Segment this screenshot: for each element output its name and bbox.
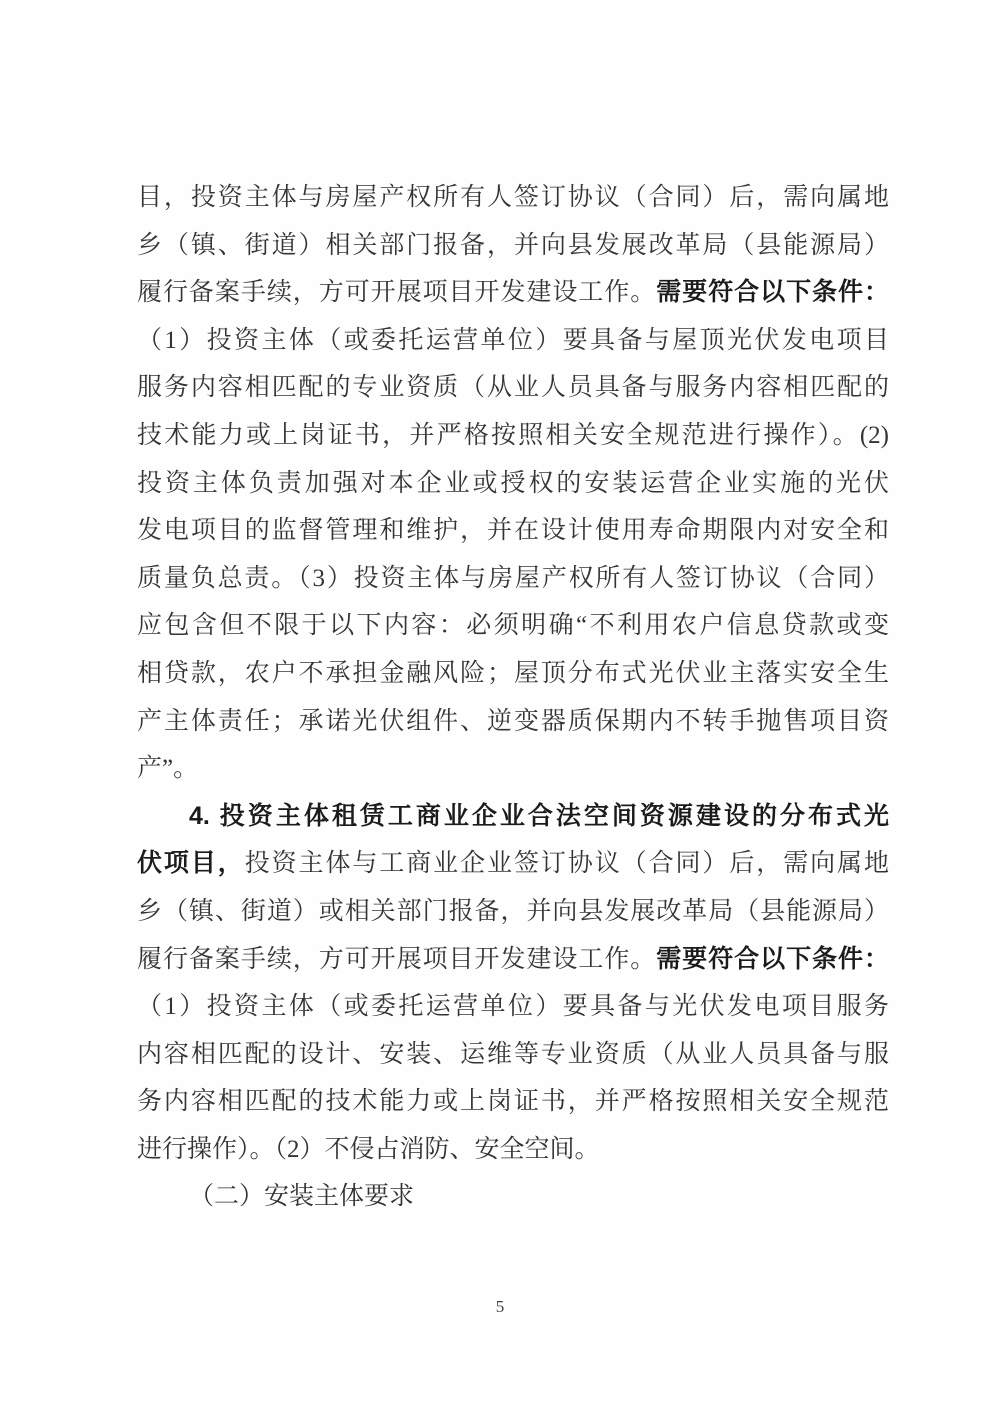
text-line: 发电项目的监督管理和维护，并在设计使用寿命期限内对安全和 [137, 507, 889, 555]
text-line: 履行备案手续，方可开展项目开发建设工作。需要符合以下条件： [137, 936, 889, 984]
body-text: 乡（镇、街道）或相关部门报备，并向县发展改革局（县能源局） [137, 898, 889, 925]
text-line: 投资主体负责加强对本企业或授权的安装运营企业实施的光伏 [137, 460, 889, 508]
body-text: 质量负总责。（3）投资主体与房屋产权所有人签订协议（合同） [137, 565, 889, 592]
body-text: 进行操作）。（2）不侵占消防、安全空间。 [137, 1136, 600, 1163]
text-line: （1）投资主体（或委托运营单位）要具备与光伏发电项目服务 [137, 983, 889, 1031]
page-number: 5 [0, 1296, 1000, 1318]
text-line: 乡（镇、街道）相关部门报备，并向县发展改革局（县能源局） [137, 222, 889, 270]
text-line: 技术能力或上岗证书，并严格按照相关安全规范进行操作）。(2) [137, 412, 889, 460]
body-text: 产”。 [137, 755, 198, 782]
text-line: 4. 投资主体租赁工商业企业合法空间资源建设的分布式光 [137, 793, 889, 841]
text-line: 相贷款，农户不承担金融风险；屋顶分布式光伏业主落实安全生 [137, 650, 889, 698]
emphasis-text: 伏项目， [137, 849, 245, 877]
emphasis-text: 4. 投资主体租赁工商业企业合法空间资源建设的分布式光 [189, 802, 889, 830]
body-text: 务内容相匹配的技术能力或上岗证书，并严格按照相关安全规范 [137, 1088, 889, 1115]
text-line: （二）安装主体要求 [137, 1173, 889, 1221]
text-line: 目，投资主体与房屋产权所有人签订协议（合同）后，需向属地 [137, 174, 889, 222]
text-line: 进行操作）。（2）不侵占消防、安全空间。 [137, 1126, 889, 1174]
text-line: （1）投资主体（或委托运营单位）要具备与屋顶光伏发电项目 [137, 317, 889, 365]
text-line: 产”。 [137, 745, 889, 793]
body-text: 目，投资主体与房屋产权所有人签订协议（合同）后，需向属地 [137, 184, 889, 211]
body-text: 履行备案手续，方可开展项目开发建设工作。 [137, 279, 656, 306]
paragraph: 4. 投资主体租赁工商业企业合法空间资源建设的分布式光伏项目，投资主体与工商业企… [137, 793, 889, 1174]
body-text: 内容相匹配的设计、安装、运维等专业资质（从业人员具备与服 [137, 1041, 889, 1068]
emphasis-text: 需要符合以下条件： [656, 278, 889, 306]
section-heading-text: （二）安装主体要求 [189, 1183, 414, 1210]
text-line: 乡（镇、街道）或相关部门报备，并向县发展改革局（县能源局） [137, 888, 889, 936]
text-line: 服务内容相匹配的专业资质（从业人员具备与服务内容相匹配的 [137, 364, 889, 412]
text-line: 伏项目，投资主体与工商业企业签订协议（合同）后，需向属地 [137, 840, 889, 888]
text-line: 内容相匹配的设计、安装、运维等专业资质（从业人员具备与服 [137, 1031, 889, 1079]
body-text: 应包含但不限于以下内容：必须明确“不利用农户信息贷款或变 [137, 612, 889, 639]
body-text: 服务内容相匹配的专业资质（从业人员具备与服务内容相匹配的 [137, 374, 889, 401]
body-text: 技术能力或上岗证书，并严格按照相关安全规范进行操作）。(2) [137, 422, 889, 449]
paragraph: （二）安装主体要求 [137, 1173, 889, 1221]
document-text: 目，投资主体与房屋产权所有人签订协议（合同）后，需向属地乡（镇、街道）相关部门报… [137, 174, 889, 1221]
document-page: 目，投资主体与房屋产权所有人签订协议（合同）后，需向属地乡（镇、街道）相关部门报… [0, 0, 1000, 1414]
paragraph: 目，投资主体与房屋产权所有人签订协议（合同）后，需向属地乡（镇、街道）相关部门报… [137, 174, 889, 793]
body-text: 产主体责任；承诺光伏组件、逆变器质保期内不转手抛售项目资 [137, 708, 889, 735]
body-text: （1）投资主体（或委托运营单位）要具备与光伏发电项目服务 [137, 993, 889, 1020]
body-text: 履行备案手续，方可开展项目开发建设工作。 [137, 946, 656, 973]
body-text: 发电项目的监督管理和维护，并在设计使用寿命期限内对安全和 [137, 517, 889, 544]
body-text: 投资主体与工商业企业签订协议（合同）后，需向属地 [245, 850, 889, 877]
text-line: 产主体责任；承诺光伏组件、逆变器质保期内不转手抛售项目资 [137, 698, 889, 746]
text-line: 质量负总责。（3）投资主体与房屋产权所有人签订协议（合同） [137, 555, 889, 603]
text-line: 履行备案手续，方可开展项目开发建设工作。需要符合以下条件： [137, 269, 889, 317]
body-text: 相贷款，农户不承担金融风险；屋顶分布式光伏业主落实安全生 [137, 660, 889, 687]
text-line: 务内容相匹配的技术能力或上岗证书，并严格按照相关安全规范 [137, 1078, 889, 1126]
body-text: 投资主体负责加强对本企业或授权的安装运营企业实施的光伏 [137, 470, 889, 497]
text-line: 应包含但不限于以下内容：必须明确“不利用农户信息贷款或变 [137, 602, 889, 650]
emphasis-text: 需要符合以下条件： [656, 945, 889, 973]
body-text: 乡（镇、街道）相关部门报备，并向县发展改革局（县能源局） [137, 232, 889, 259]
body-text: （1）投资主体（或委托运营单位）要具备与屋顶光伏发电项目 [137, 327, 889, 354]
